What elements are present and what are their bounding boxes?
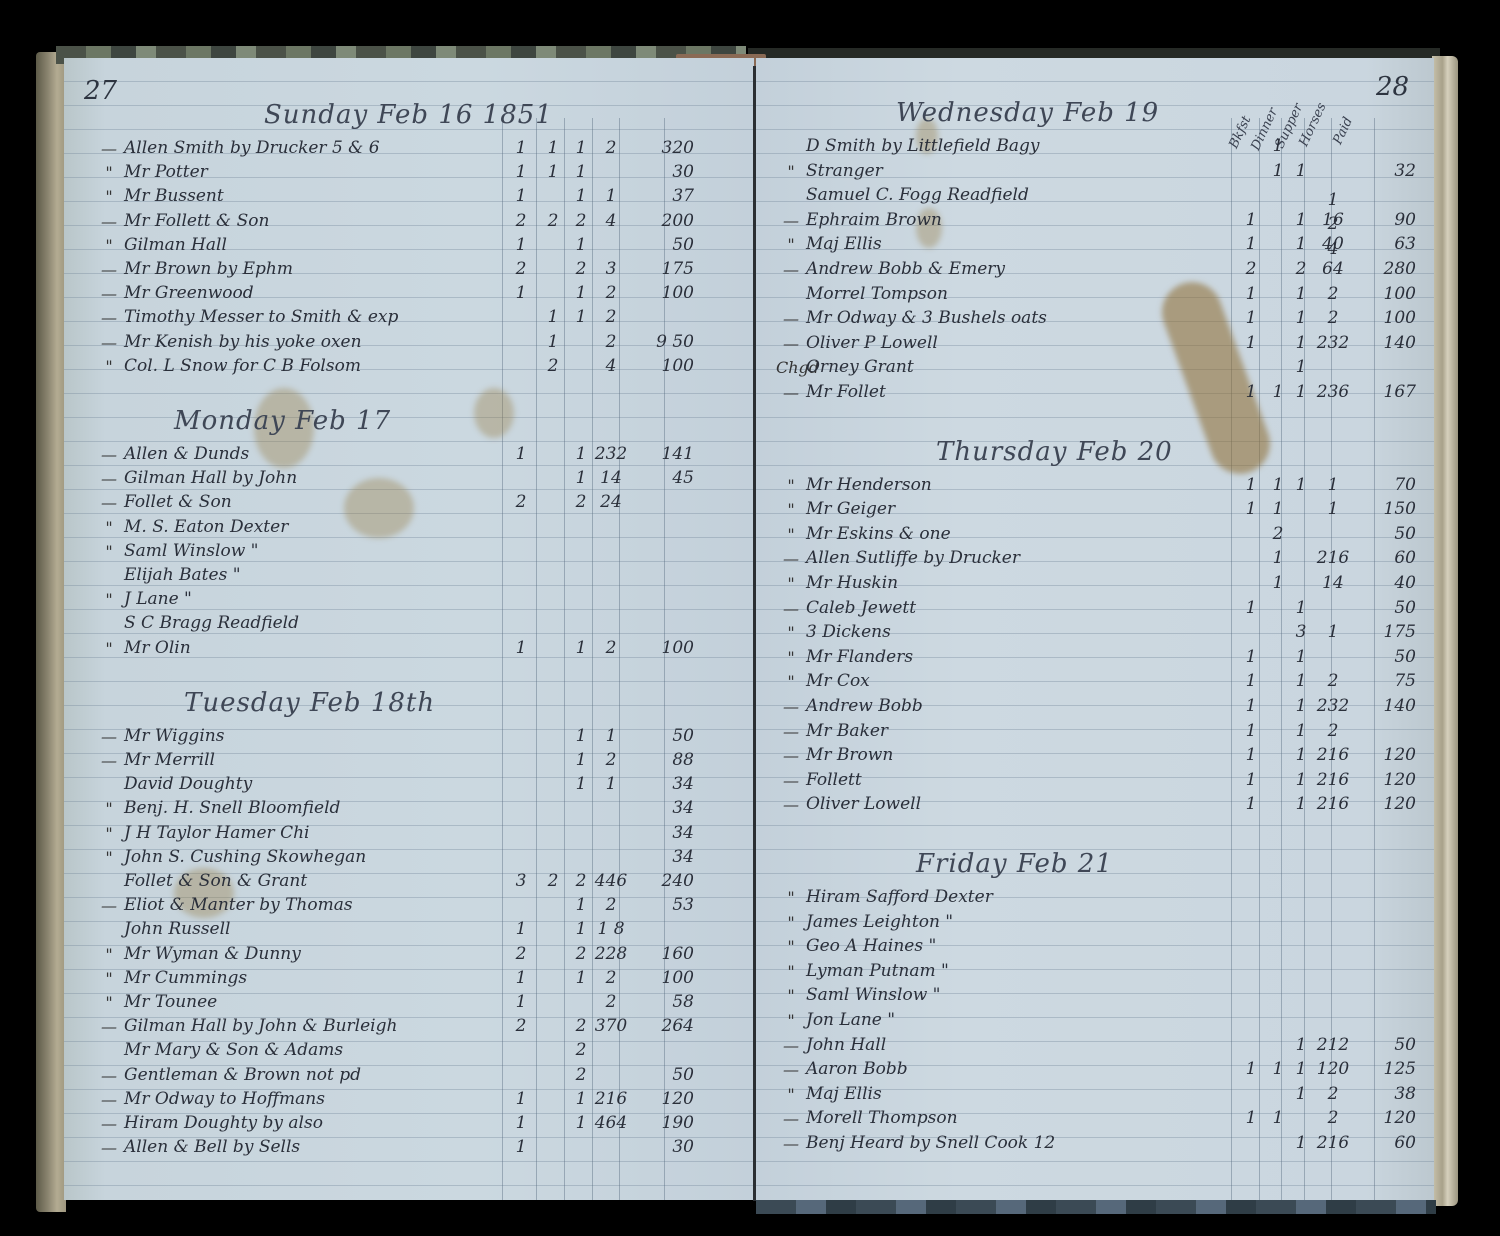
ledger-entry: "Mr Huskin11440 bbox=[756, 569, 1434, 593]
guest-name: Saml Winslow " bbox=[124, 541, 258, 561]
guest-name: Mr Follett & Son bbox=[124, 211, 269, 231]
horses-count: 232 bbox=[594, 444, 628, 464]
water-stain bbox=[474, 388, 514, 438]
guest-name: Mr Potter bbox=[124, 162, 208, 182]
horses-count: 2 bbox=[1316, 671, 1350, 691]
ledger-entry: —Timothy Messer to Smith & exp112 bbox=[64, 303, 754, 327]
guest-name: Hiram Doughty by also bbox=[124, 1113, 323, 1133]
day-heading: Monday Feb 17 bbox=[174, 406, 391, 436]
supper-count: 1 bbox=[564, 307, 598, 327]
breakfast-count: 1 bbox=[1234, 745, 1268, 765]
horses-count: 2 bbox=[594, 307, 628, 327]
entry-mark: " bbox=[776, 525, 806, 544]
ledger-entry: —Follet & Son2224 bbox=[64, 488, 754, 512]
guest-name: Mr Merrill bbox=[124, 750, 215, 770]
amount-paid: 60 bbox=[1356, 1133, 1416, 1153]
breakfast-count: 1 bbox=[504, 162, 538, 182]
amount-paid: 63 bbox=[1356, 234, 1416, 254]
supper-count: 1 bbox=[1284, 647, 1318, 667]
entry-mark: — bbox=[94, 896, 124, 915]
page-number: 27 bbox=[84, 76, 117, 106]
ledger-entry: —Mr Brown11216120 bbox=[756, 741, 1434, 765]
amount-paid: 30 bbox=[634, 1137, 694, 1157]
amount-paid: 100 bbox=[634, 638, 694, 658]
supper-count: 1 bbox=[564, 186, 598, 206]
horses-count: 2 bbox=[594, 283, 628, 303]
horses-count: 212 bbox=[1316, 1035, 1350, 1055]
ledger-entry: "Mr Potter11130 bbox=[64, 158, 754, 182]
entry-mark: " bbox=[776, 476, 806, 495]
breakfast-count: 1 bbox=[504, 919, 538, 939]
entry-mark: — bbox=[776, 722, 806, 741]
supper-count: 1 bbox=[564, 968, 598, 988]
horses-count: 446 bbox=[594, 871, 628, 891]
entry-mark: — bbox=[776, 1060, 806, 1079]
amount-paid: 150 bbox=[1356, 499, 1416, 519]
ledger-entry: —Gilman Hall by John11445 bbox=[64, 464, 754, 488]
breakfast-count: 1 bbox=[504, 186, 538, 206]
day-heading: Tuesday Feb 18th bbox=[184, 688, 435, 718]
supper-count: 1 bbox=[564, 235, 598, 255]
ledger-entry: "John S. Cushing Skowhegan34 bbox=[64, 843, 754, 867]
guest-name: John Russell bbox=[124, 919, 230, 939]
horses-count: 1 bbox=[1316, 475, 1350, 495]
entry-mark: — bbox=[776, 260, 806, 279]
ledger-entry: John Russell111 8 bbox=[64, 915, 754, 939]
ledger-entry: —Allen Sutliffe by Drucker121660 bbox=[756, 544, 1434, 568]
entry-mark: " bbox=[94, 236, 124, 255]
horses-count: 464 bbox=[594, 1113, 628, 1133]
amount-paid: 90 bbox=[1356, 210, 1416, 230]
amount-paid: 38 bbox=[1356, 1084, 1416, 1104]
guest-name: Geo A Haines " bbox=[806, 936, 936, 956]
breakfast-count: 2 bbox=[1234, 259, 1268, 279]
dinner-count: 1 bbox=[1261, 499, 1295, 519]
amount-paid: 120 bbox=[1356, 745, 1416, 765]
amount-paid: 58 bbox=[634, 992, 694, 1012]
ledger-entry: —Eliot & Manter by Thomas1253 bbox=[64, 891, 754, 915]
entry-mark: " bbox=[776, 235, 806, 254]
guest-name: Mr Odway to Hoffmans bbox=[124, 1089, 325, 1109]
supper-count: 2 bbox=[564, 211, 598, 231]
ledger-entry: "Mr Wyman & Dunny22228160 bbox=[64, 940, 754, 964]
guest-name: Mr Olin bbox=[124, 638, 191, 658]
dinner-count: 1 bbox=[536, 332, 570, 352]
amount-paid: 50 bbox=[1356, 647, 1416, 667]
horses-count: 232 bbox=[1316, 696, 1350, 716]
entry-mark: — bbox=[776, 746, 806, 765]
supper-count: 1 bbox=[564, 774, 598, 794]
guest-name: Ephraim Brown bbox=[806, 210, 942, 230]
ledger-entry: "Benj. H. Snell Bloomfield34 bbox=[64, 794, 754, 818]
horses-count: 120 bbox=[1316, 1059, 1350, 1079]
guest-name: Allen & Dunds bbox=[124, 444, 249, 464]
ledger-entry: —Allen & Dunds11232141 bbox=[64, 440, 754, 464]
amount-paid: 88 bbox=[634, 750, 694, 770]
ledger-entry: —Allen Smith by Drucker 5 & 61112320 bbox=[64, 134, 754, 158]
guest-name: Andrew Bobb bbox=[806, 696, 923, 716]
horses-count: 216 bbox=[1316, 1133, 1350, 1153]
amount-paid: 53 bbox=[634, 895, 694, 915]
guest-name: Allen & Bell by Sells bbox=[124, 1137, 300, 1157]
horses-count: 3 bbox=[594, 259, 628, 279]
amount-paid: 140 bbox=[1356, 333, 1416, 353]
ledger-entry: —Mr Baker112 bbox=[756, 717, 1434, 741]
marbled-cover-bottom bbox=[756, 1200, 1436, 1214]
supper-count: 1 bbox=[564, 750, 598, 770]
amount-paid: 34 bbox=[634, 847, 694, 867]
horses-count: 232 bbox=[1316, 333, 1350, 353]
amount-paid: 34 bbox=[634, 823, 694, 843]
ledger-entry: —Gilman Hall by John & Burleigh22370264 bbox=[64, 1012, 754, 1036]
entry-mark: — bbox=[776, 771, 806, 790]
supper-count: 1 bbox=[564, 468, 598, 488]
ledger-entry: —Mr Odway to Hoffmans11216120 bbox=[64, 1085, 754, 1109]
guest-name: Mr Wyman & Dunny bbox=[124, 944, 301, 964]
breakfast-count: 1 bbox=[1234, 598, 1268, 618]
entry-mark: — bbox=[94, 445, 124, 464]
supper-count: 3 bbox=[1284, 622, 1318, 642]
entry-mark: — bbox=[94, 212, 124, 231]
amount-paid: 100 bbox=[634, 283, 694, 303]
horses-count: 1 8 bbox=[594, 919, 628, 939]
guest-name: Mr Bussent bbox=[124, 186, 224, 206]
entry-mark: — bbox=[776, 1134, 806, 1153]
page-number: 28 bbox=[1376, 72, 1409, 102]
amount-paid: 120 bbox=[634, 1089, 694, 1109]
entry-mark: — bbox=[776, 549, 806, 568]
entry-mark: — bbox=[94, 1017, 124, 1036]
entry-mark: — bbox=[94, 1114, 124, 1133]
supper-count: 1 bbox=[1284, 721, 1318, 741]
breakfast-count: 1 bbox=[504, 1137, 538, 1157]
entry-mark: " bbox=[94, 518, 124, 537]
guest-name: Mr Brown by Ephm bbox=[124, 259, 293, 279]
ledger-entry: "Mr Olin112100 bbox=[64, 634, 754, 658]
entry-mark: " bbox=[94, 945, 124, 964]
supper-count: 1 bbox=[1284, 333, 1318, 353]
entry-mark: " bbox=[94, 799, 124, 818]
horses-count: 4 64 bbox=[1316, 239, 1350, 279]
amount-paid: 50 bbox=[634, 1065, 694, 1085]
guest-name: Follet & Son bbox=[124, 492, 232, 512]
amount-paid: 200 bbox=[634, 211, 694, 231]
entry-mark: — bbox=[94, 1090, 124, 1109]
supper-count: 1 bbox=[1284, 284, 1318, 304]
entry-mark: " bbox=[94, 969, 124, 988]
amount-paid: 70 bbox=[1356, 475, 1416, 495]
supper-count: 1 bbox=[564, 1113, 598, 1133]
entry-mark: " bbox=[94, 639, 124, 658]
entry-mark: " bbox=[776, 162, 806, 181]
guest-name: Mr Cummings bbox=[124, 968, 247, 988]
entry-mark: — bbox=[776, 334, 806, 353]
ledger-entry: —Mr Brown by Ephm223175 bbox=[64, 255, 754, 279]
entry-mark: " bbox=[776, 672, 806, 691]
amount-paid: 50 bbox=[634, 726, 694, 746]
supper-count: 2 bbox=[564, 1040, 598, 1060]
supper-count: 1 bbox=[1284, 234, 1318, 254]
entry-mark: — bbox=[776, 795, 806, 814]
ledger-entry: "Geo A Haines " bbox=[756, 932, 1434, 956]
entry-mark: Chgd bbox=[776, 358, 806, 377]
entry-mark: " bbox=[94, 542, 124, 561]
ledger-entry: "J H Taylor Hamer Chi34 bbox=[64, 819, 754, 843]
entry-mark: — bbox=[94, 1066, 124, 1085]
guest-name: Timothy Messer to Smith & exp bbox=[124, 307, 398, 327]
ledger-entry: —Mr Follett & Son2224200 bbox=[64, 207, 754, 231]
horses-count: 2 bbox=[594, 895, 628, 915]
breakfast-count: 1 bbox=[504, 968, 538, 988]
horses-count: 1 bbox=[594, 774, 628, 794]
supper-count: 2 bbox=[564, 944, 598, 964]
amount-paid: 120 bbox=[1356, 794, 1416, 814]
guest-name: Mr Odway & 3 Bushels oats bbox=[806, 308, 1047, 328]
horses-count: 216 bbox=[1316, 794, 1350, 814]
guest-name: Maj Ellis bbox=[806, 234, 882, 254]
right-page: 28 Bkfst Dinner Supper Horses Paid Wedne… bbox=[756, 58, 1434, 1200]
breakfast-count: 1 bbox=[504, 138, 538, 158]
guest-name: Gilman Hall by John & Burleigh bbox=[124, 1016, 397, 1036]
supper-count: 1 bbox=[1284, 696, 1318, 716]
breakfast-count: 1 bbox=[1234, 333, 1268, 353]
ledger-entry: —Mr Follet111236167 bbox=[756, 378, 1434, 402]
horses-count: 24 bbox=[594, 492, 628, 512]
day-heading: Sunday Feb 16 1851 bbox=[264, 100, 553, 130]
amount-paid: 50 bbox=[1356, 1035, 1416, 1055]
breakfast-count: 1 bbox=[1234, 696, 1268, 716]
horses-count: 216 bbox=[1316, 745, 1350, 765]
entry-mark: — bbox=[94, 751, 124, 770]
guest-name: Stranger bbox=[806, 161, 883, 181]
breakfast-count: 3 bbox=[504, 871, 538, 891]
horses-count: 1 bbox=[1316, 499, 1350, 519]
ledger-entry: "M. S. Eaton Dexter bbox=[64, 513, 754, 537]
dinner-count: 1 bbox=[1261, 548, 1295, 568]
day-heading: Thursday Feb 20 bbox=[936, 437, 1173, 467]
entry-mark: — bbox=[776, 1109, 806, 1128]
guest-name: James Leighton " bbox=[806, 912, 953, 932]
supper-count: 1 bbox=[564, 726, 598, 746]
ledger-entry: "Mr Eskins & one250 bbox=[756, 520, 1434, 544]
horses-count: 2 bbox=[1316, 308, 1350, 328]
entry-mark: — bbox=[776, 697, 806, 716]
entry-mark: " bbox=[776, 500, 806, 519]
guest-name: John Hall bbox=[806, 1035, 886, 1055]
ledger-entry: "Mr Cummings112100 bbox=[64, 964, 754, 988]
ledger-entry: —Benj Heard by Snell Cook 12121660 bbox=[756, 1129, 1434, 1153]
guest-name: J H Taylor Hamer Chi bbox=[124, 823, 309, 843]
amount-paid: 320 bbox=[634, 138, 694, 158]
ledger-entry: "Hiram Safford Dexter bbox=[756, 883, 1434, 907]
horses-count: 216 bbox=[594, 1089, 628, 1109]
entry-mark: — bbox=[94, 469, 124, 488]
guest-name: Mr Flanders bbox=[806, 647, 913, 667]
amount-paid: 9 50 bbox=[634, 332, 694, 352]
book-cover-edge bbox=[36, 52, 66, 1212]
entry-mark: — bbox=[94, 139, 124, 158]
supper-count: 2 bbox=[564, 1016, 598, 1036]
dinner-count: 1 bbox=[1261, 573, 1295, 593]
guest-name: Morrel Tompson bbox=[806, 284, 948, 304]
ledger-entry: "James Leighton " bbox=[756, 908, 1434, 932]
entry-mark: — bbox=[94, 1138, 124, 1157]
guest-name: Jon Lane " bbox=[806, 1010, 895, 1030]
entry-mark: " bbox=[776, 986, 806, 1005]
ledger-entry: "Mr Henderson111170 bbox=[756, 471, 1434, 495]
ledger-entry: Follet & Son & Grant322446240 bbox=[64, 867, 754, 891]
supper-count: 1 bbox=[1284, 745, 1318, 765]
entry-mark: — bbox=[94, 493, 124, 512]
entry-mark: " bbox=[776, 888, 806, 907]
entry-mark: — bbox=[776, 309, 806, 328]
horses-count: 2 bbox=[1316, 721, 1350, 741]
horses-count: 370 bbox=[594, 1016, 628, 1036]
horses-count: 2 bbox=[594, 750, 628, 770]
horses-count: 14 bbox=[1316, 573, 1350, 593]
supper-count: 2 bbox=[564, 1065, 598, 1085]
horses-count: 4 bbox=[594, 356, 628, 376]
horses-count: 216 bbox=[1316, 548, 1350, 568]
ledger-entry: D Smith by Littlefield Bagy1 bbox=[756, 132, 1434, 156]
supper-count: 2 bbox=[564, 871, 598, 891]
amount-paid: 60 bbox=[1356, 548, 1416, 568]
entry-mark: " bbox=[776, 1085, 806, 1104]
guest-name: Andrew Bobb & Emery bbox=[806, 259, 1005, 279]
ledger-book: 27 Sunday Feb 16 1851—Allen Smith by Dru… bbox=[36, 46, 1466, 1218]
guest-name: Follett bbox=[806, 770, 862, 790]
supper-count: 1 bbox=[564, 444, 598, 464]
horses-count: 1 bbox=[594, 726, 628, 746]
supper-count: 1 bbox=[1284, 1084, 1318, 1104]
amount-paid: 141 bbox=[634, 444, 694, 464]
supper-count: 1 bbox=[564, 162, 598, 182]
supper-count: 1 bbox=[1284, 382, 1318, 402]
breakfast-count: 1 bbox=[504, 992, 538, 1012]
entry-mark: " bbox=[776, 1011, 806, 1030]
guest-name: Mr Henderson bbox=[806, 475, 932, 495]
amount-paid: 32 bbox=[1356, 161, 1416, 181]
page-stack-edge bbox=[1432, 56, 1458, 1206]
guest-name: 3 Dickens bbox=[806, 622, 891, 642]
ledger-entry: —Follett11216120 bbox=[756, 766, 1434, 790]
breakfast-count: 2 bbox=[504, 492, 538, 512]
supper-count: 1 bbox=[1284, 794, 1318, 814]
guest-name: Samuel C. Fogg Readfield bbox=[806, 185, 1029, 205]
ledger-entry: ChgdOrney Grant1 bbox=[756, 353, 1434, 377]
ledger-entry: "Saml Winslow " bbox=[64, 537, 754, 561]
amount-paid: 30 bbox=[634, 162, 694, 182]
guest-name: D Smith by Littlefield Bagy bbox=[806, 136, 1039, 156]
ledger-entry: —Mr Kenish by his yoke oxen129 50 bbox=[64, 328, 754, 352]
entry-mark: " bbox=[94, 993, 124, 1012]
guest-name: Mr Cox bbox=[806, 671, 870, 691]
supper-count: 1 bbox=[1284, 475, 1318, 495]
guest-name: Oliver P Lowell bbox=[806, 333, 938, 353]
guest-name: M. S. Eaton Dexter bbox=[124, 517, 288, 537]
guest-name: Hiram Safford Dexter bbox=[806, 887, 993, 907]
guest-name: Orney Grant bbox=[806, 357, 914, 377]
breakfast-count: 1 bbox=[504, 444, 538, 464]
supper-count: 1 bbox=[1284, 1035, 1318, 1055]
amount-paid: 100 bbox=[634, 968, 694, 988]
entry-mark: " bbox=[776, 937, 806, 956]
ledger-entry: —Oliver Lowell11216120 bbox=[756, 790, 1434, 814]
supper-count: 1 bbox=[564, 1089, 598, 1109]
guest-name: Gilman Hall bbox=[124, 235, 227, 255]
breakfast-count: 2 bbox=[504, 259, 538, 279]
guest-name: Caleb Jewett bbox=[806, 598, 916, 618]
amount-paid: 45 bbox=[634, 468, 694, 488]
supper-count: 1 bbox=[564, 919, 598, 939]
horses-count: 228 bbox=[594, 944, 628, 964]
ledger-entry: —Hiram Doughty by also11464190 bbox=[64, 1109, 754, 1133]
supper-count: 1 bbox=[1284, 770, 1318, 790]
breakfast-count: 1 bbox=[1234, 721, 1268, 741]
entry-mark: — bbox=[94, 260, 124, 279]
amount-paid: 120 bbox=[1356, 1108, 1416, 1128]
guest-name: Maj Ellis bbox=[806, 1084, 882, 1104]
day-heading: Wednesday Feb 19 bbox=[896, 98, 1159, 128]
breakfast-count: 2 bbox=[504, 211, 538, 231]
ledger-entry: "Lyman Putnam " bbox=[756, 957, 1434, 981]
breakfast-count: 1 bbox=[504, 235, 538, 255]
guest-name: Oliver Lowell bbox=[806, 794, 921, 814]
breakfast-count: 2 bbox=[504, 1016, 538, 1036]
horses-count: 216 bbox=[1316, 770, 1350, 790]
entry-mark: " bbox=[94, 357, 124, 376]
horses-count: 1 bbox=[594, 186, 628, 206]
entry-mark: " bbox=[776, 648, 806, 667]
amount-paid: 50 bbox=[1356, 598, 1416, 618]
ledger-entry: Mr Mary & Son & Adams2 bbox=[64, 1036, 754, 1060]
breakfast-count: 1 bbox=[504, 1089, 538, 1109]
supper-count: 1 bbox=[564, 138, 598, 158]
guest-name: Follet & Son & Grant bbox=[124, 871, 307, 891]
guest-name: Mr Follet bbox=[806, 382, 886, 402]
amount-paid: 100 bbox=[1356, 308, 1416, 328]
ledger-entry: —Aaron Bobb111120125 bbox=[756, 1055, 1434, 1079]
entry-mark: " bbox=[94, 187, 124, 206]
entry-mark: " bbox=[776, 913, 806, 932]
amount-paid: 175 bbox=[1356, 622, 1416, 642]
ledger-entry: Elijah Bates " bbox=[64, 561, 754, 585]
ledger-entry: "3 Dickens31175 bbox=[756, 618, 1434, 642]
horses-count: 14 bbox=[594, 468, 628, 488]
guest-name: Benj Heard by Snell Cook 12 bbox=[806, 1133, 1055, 1153]
guest-name: Elijah Bates " bbox=[124, 565, 241, 585]
ledger-entry: "Mr Bussent11137 bbox=[64, 182, 754, 206]
ledger-entry: —Mr Odway & 3 Bushels oats112100 bbox=[756, 304, 1434, 328]
dinner-count: 1 bbox=[1261, 136, 1295, 156]
supper-count: 2 bbox=[564, 259, 598, 279]
guest-name: Mr Geiger bbox=[806, 499, 895, 519]
breakfast-count: 1 bbox=[1234, 770, 1268, 790]
breakfast-count: 1 bbox=[504, 638, 538, 658]
supper-count: 1 bbox=[1284, 161, 1318, 181]
horses-count: 2 bbox=[594, 992, 628, 1012]
guest-name: Mr Baker bbox=[806, 721, 888, 741]
breakfast-count: 1 bbox=[1234, 210, 1268, 230]
entry-mark: " bbox=[776, 962, 806, 981]
ledger-entry: —Andrew Bobb11232140 bbox=[756, 692, 1434, 716]
guest-name: J Lane " bbox=[124, 589, 192, 609]
entry-mark: — bbox=[776, 599, 806, 618]
entry-mark: " bbox=[94, 824, 124, 843]
amount-paid: 240 bbox=[634, 871, 694, 891]
guest-name: Allen Smith by Drucker 5 & 6 bbox=[124, 138, 380, 158]
ledger-entry: —Allen & Bell by Sells130 bbox=[64, 1133, 754, 1157]
